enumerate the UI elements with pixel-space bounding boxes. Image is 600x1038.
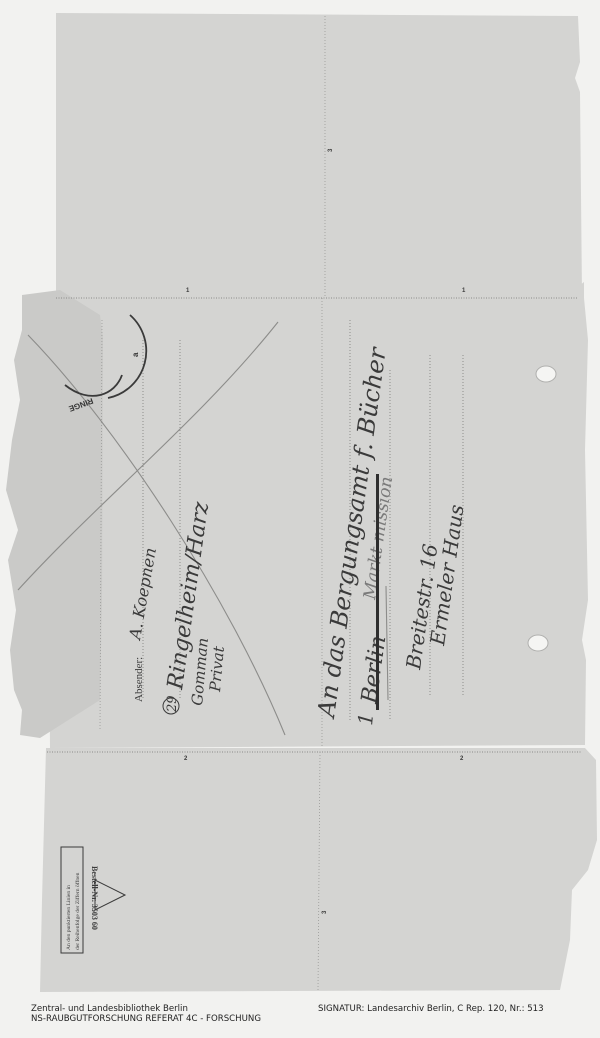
recipient-district: 1	[353, 712, 378, 727]
sender-label: Absender:	[133, 657, 145, 702]
footer-signature: SIGNATUR: Landesarchiv Berlin, C Rep. 12…	[318, 1005, 544, 1015]
footer-library: Zentral- und Landesbibliothek Berlin NS-…	[31, 1005, 261, 1024]
scanned-letter-card: 1 1 2 2 3 3 RINGE a Absender: A. Koepnen…	[0, 0, 600, 1038]
bottom-flap	[40, 748, 597, 992]
svg-text:a: a	[131, 352, 140, 357]
underline-bar	[376, 474, 379, 710]
svg-text:der Reihenfolge der Ziffern öf: der Reihenfolge der Ziffern öffnen	[74, 872, 81, 950]
top-flap	[56, 13, 584, 300]
torn-side-flap	[6, 290, 103, 738]
punch-hole-top	[536, 366, 556, 382]
svg-text:An den punktierten Linien in: An den punktierten Linien in	[66, 885, 72, 950]
punch-hole-bottom	[528, 635, 548, 651]
footer-signatur: SIGNATUR: Landesarchiv Berlin, C Rep. 12…	[318, 1005, 544, 1015]
footer-department: NS-RAUBGUTFORSCHUNG REFERAT 4C - FORSCHU…	[31, 1015, 261, 1025]
